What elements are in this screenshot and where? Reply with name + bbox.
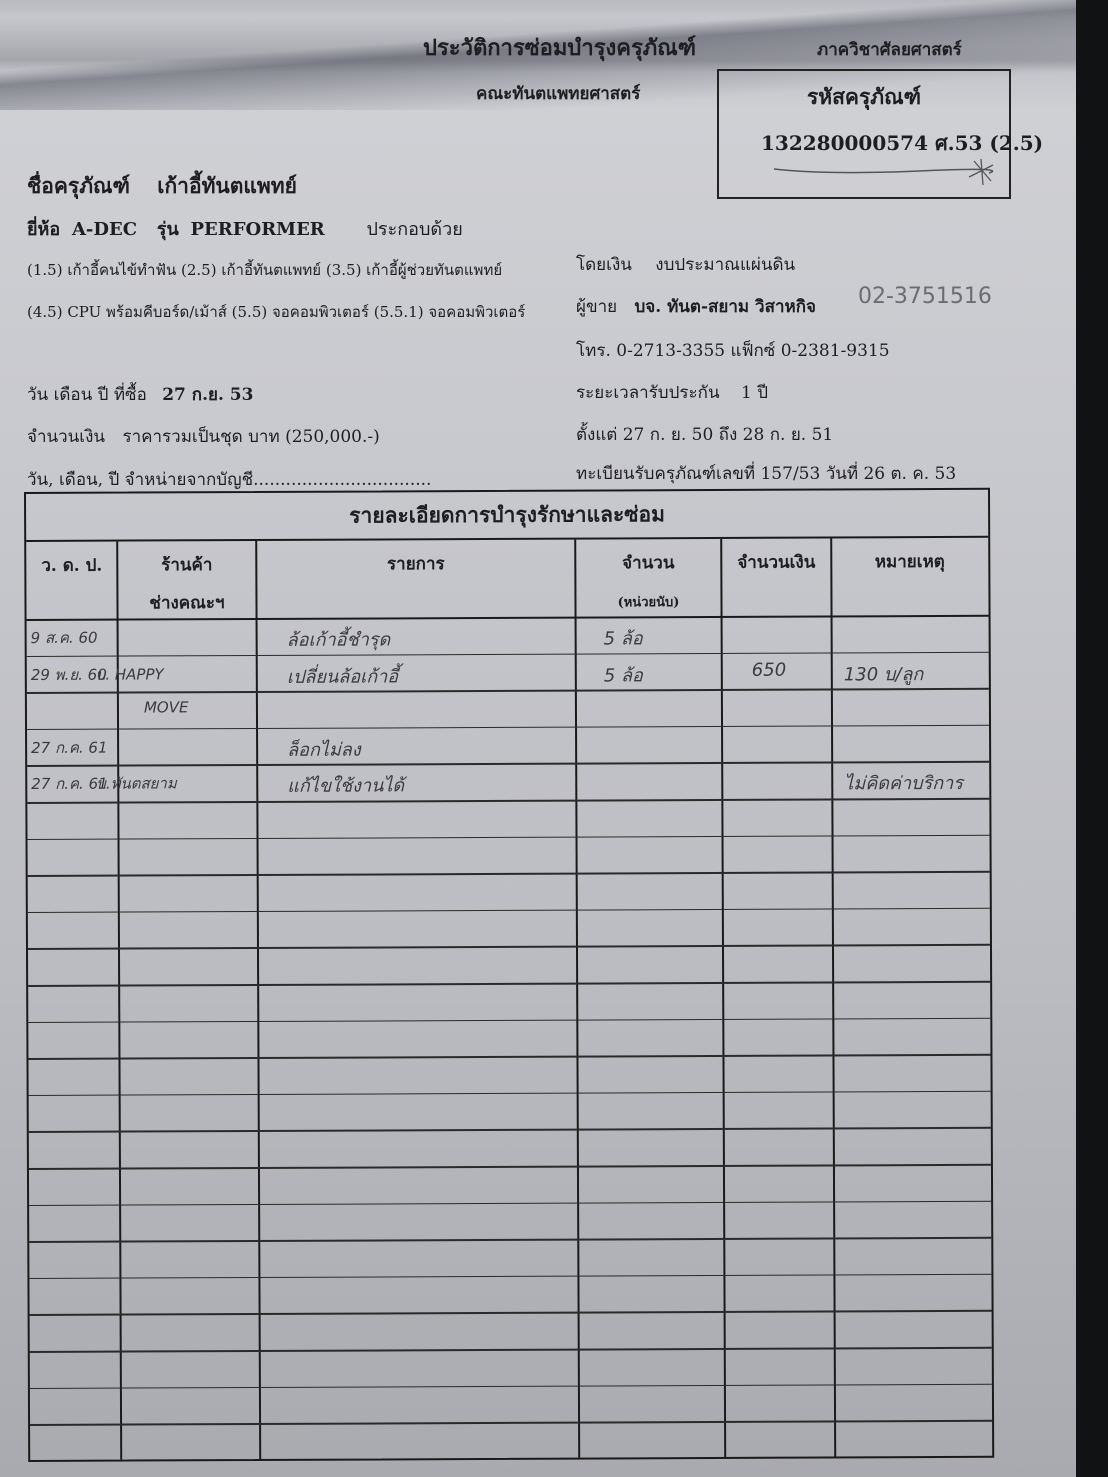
table-column-divider — [574, 540, 580, 1458]
table-row-divider — [29, 1127, 991, 1133]
warranty-value: 1 ปี — [741, 383, 768, 403]
handwritten-phone: 02-3751516 — [858, 284, 992, 309]
table-column-divider — [720, 539, 726, 1457]
table-row-divider — [27, 798, 989, 804]
table-row-divider — [27, 688, 989, 694]
table-row-divider — [28, 1017, 990, 1023]
asset-code-box: รหัสครุภัณฑ์ 132280000574 ศ.53 (2.5) — [717, 69, 1011, 199]
column-subheader: ช่างคณะฯ — [117, 589, 256, 617]
warranty-period: ตั้งแต่ 27 ก. ย. 50 ถึง 28 ก. ย. 51 — [576, 421, 833, 448]
seller-row: ผู้ขาย บจ. ทันต-สยาม วิสาหกิจ — [576, 293, 816, 320]
table-cell-date: 9 ส.ค. 60 — [31, 626, 98, 650]
table-cell-qty: 5 ล้อ — [604, 660, 643, 689]
brand-label: ยี่ห้อ — [27, 219, 60, 240]
purchase-date-label: วัน เดือน ปี ที่ซื้อ — [27, 385, 147, 405]
column-header: ร้านค้า — [117, 551, 256, 579]
funding-row: โดยเงิน งบประมาณแผ่นดิน — [576, 251, 795, 278]
amount-value: ราคารวมเป็นชุด บาท (250,000.-) — [122, 427, 379, 447]
column-header: จำนวน — [575, 549, 721, 577]
table-row-divider — [27, 651, 989, 657]
table-cell-vendor: บ.ทันตสยาม — [96, 772, 177, 796]
asset-code-value: 132280000574 ศ.53 (2.5) — [761, 127, 1043, 159]
table-row-divider — [28, 1054, 990, 1060]
table-cell-item: ล็อกไม่ลง — [287, 734, 361, 763]
table-row-divider — [30, 1420, 992, 1426]
table-row-divider — [29, 1091, 991, 1097]
department-name: ภาควิชาศัลยศาสตร์ — [817, 36, 962, 63]
equipment-name-row: ชื่อครุภัณฑ์ เก้าอี้ทันตแพทย์ — [27, 170, 297, 203]
table-row-divider — [29, 1237, 991, 1243]
table-column-divider — [830, 538, 836, 1456]
column-header: รายการ — [256, 550, 575, 578]
purchase-date-row: วัน เดือน ปี ที่ซื้อ 27 ก.ย. 53 — [27, 381, 253, 408]
components-line-1: (1.5) เก้าอี้คนไข้ทำฟัน (2.5) เก้าอี้ทัน… — [27, 258, 502, 282]
form-title: ประวัติการซ่อมบำรุงครุภัณฑ์ — [423, 30, 696, 65]
model-label: รุ่น — [157, 219, 179, 240]
table-row-divider — [28, 944, 990, 950]
table-row-divider — [30, 1383, 992, 1389]
funding-label: โดยเงิน — [576, 255, 632, 275]
table-cell-note: ไม่คิดค่าบริการ — [844, 768, 963, 798]
column-subheader: (หน่วยนับ) — [575, 591, 721, 613]
warranty-label: ระยะเวลารับประกัน — [576, 383, 720, 403]
seller-value: บจ. ทันต-สยาม วิสาหกิจ — [635, 297, 816, 317]
purchase-date-value: 27 ก.ย. 53 — [162, 385, 253, 405]
table-row-divider — [29, 1274, 991, 1280]
table-cell-note: 130 บ/ลูก — [844, 659, 924, 688]
table-cell-qty: 5 ล้อ — [604, 623, 643, 652]
brand-model-row: ยี่ห้อ A-DEC รุ่น PERFORMER ประกอบด้วย — [27, 214, 463, 243]
table-row-divider — [28, 871, 990, 877]
table-row-divider — [30, 1310, 992, 1316]
disposal-date: วัน, เดือน, ปี จำหน่ายจากบัญชี..........… — [27, 466, 431, 493]
amount-row: จำนวนเงิน ราคารวมเป็นชุด บาท (250,000.-) — [27, 423, 380, 450]
seller-label: ผู้ขาย — [576, 297, 617, 317]
column-header: หมายเหตุ — [831, 548, 988, 576]
table-row-divider — [28, 908, 990, 914]
table-row-divider — [28, 834, 990, 840]
components-label: ประกอบด้วย — [367, 219, 463, 240]
table-cell-item: ล้อเก้าอี้ชำรุด — [287, 624, 391, 653]
table-cell-amount: 650 — [752, 659, 786, 680]
table-row-divider — [27, 725, 989, 731]
table-row-divider — [29, 1164, 991, 1170]
components-line-2: (4.5) CPU พร้อมคีบอร์ด/เม้าส์ (5.5) จอคอ… — [27, 300, 525, 324]
table-cell-vendor: บ. HAPPY — [96, 662, 164, 686]
asset-code-label: รหัสครุภัณฑ์ — [719, 81, 1009, 114]
table-cell-vendor: MOVE — [144, 698, 189, 716]
funding-value: งบประมาณแผ่นดิน — [655, 255, 795, 275]
table-row-divider — [27, 761, 989, 767]
table-cell-item: แก้ไขใช้งานได้ — [287, 771, 404, 801]
column-header: ว. ด. ป. — [26, 552, 117, 579]
table-column-divider — [255, 541, 261, 1459]
model-value: PERFORMER — [191, 219, 325, 240]
column-header: จำนวนเงิน — [721, 548, 831, 575]
amount-label: จำนวนเงิน — [27, 427, 105, 447]
faculty-name: คณะทันตแพทยศาสตร์ — [476, 80, 640, 107]
table-row-divider — [30, 1347, 992, 1353]
brand-value: A-DEC — [72, 219, 137, 240]
table-title: รายละเอียดการบำรุงรักษาและซ่อม — [26, 490, 988, 542]
vendor-phone-fax: โทร. 0-2713-3355 แฟ็กซ์ 0-2381-9315 — [576, 337, 890, 364]
table-row-divider — [28, 981, 990, 987]
warranty-row: ระยะเวลารับประกัน 1 ปี — [576, 379, 768, 406]
table-cell-item: เปลี่ยนล้อเก้าอี้ — [287, 661, 398, 690]
registration-info: ทะเบียนรับครุภัณฑ์เลขที่ 157/53 วันที่ 2… — [576, 460, 956, 487]
equipment-name-value: เก้าอี้ทันตแพทย์ — [157, 173, 297, 198]
table-row-divider — [29, 1200, 991, 1206]
handwritten-scribble-icon — [769, 159, 999, 189]
equipment-name-label: ชื่อครุภัณฑ์ — [27, 173, 130, 198]
maintenance-table: รายละเอียดการบำรุงรักษาและซ่อม ว. ด. ป.ร… — [24, 488, 994, 1462]
table-cell-date: 27 ก.ค. 61 — [31, 735, 107, 759]
